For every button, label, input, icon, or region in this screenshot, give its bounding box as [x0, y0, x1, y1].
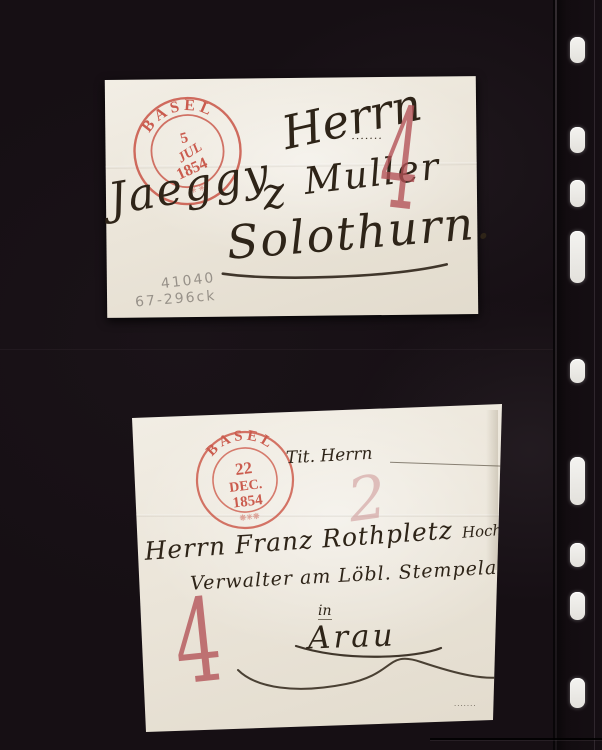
postmark-bottom-day: 22 — [234, 458, 253, 479]
paraph-flourish — [236, 640, 516, 696]
svg-text:BASEL: BASEL — [202, 424, 280, 461]
postmark-bottom-town: BASEL — [202, 424, 280, 461]
binder-hole — [570, 359, 585, 383]
album-page: BASEL 5 JUL 1854 ✳ ✳ Jaeggy Herrn ······… — [0, 0, 602, 750]
binder-hole — [570, 592, 585, 620]
binder-strip — [553, 0, 602, 750]
binder-hole — [570, 457, 585, 505]
paper-fold-edge — [486, 410, 498, 570]
address-preposition: in — [318, 604, 332, 620]
cover-bottom: BASEL 22 DEC. 1854 ❋✳❋ Tit. Herrn 2 Herr… — [128, 402, 508, 732]
tiny-pencil-marks: ······· — [454, 702, 477, 710]
red-crayon-rate-mark: 4 — [168, 573, 227, 711]
page-seam — [430, 738, 602, 740]
binder-hole — [570, 543, 585, 567]
address-line-2: Verwalter am Löbl. Stempelamt — [190, 557, 526, 594]
underline-flourish — [219, 262, 454, 282]
cover-top: BASEL 5 JUL 1854 ✳ ✳ Jaeggy Herrn ······… — [105, 76, 478, 318]
binder-hole — [570, 231, 585, 283]
address-salutation: Herrn — [144, 531, 227, 566]
basel-postmark-bottom: BASEL 22 DEC. 1854 ❋✳❋ — [187, 422, 303, 538]
strip-seam — [594, 0, 595, 750]
salutation-dots: ······· — [351, 133, 383, 144]
binder-hole — [570, 678, 585, 708]
binder-hole — [570, 127, 585, 153]
pencil-note-2: 67-296ck — [135, 288, 217, 310]
binder-hole — [570, 180, 585, 207]
pocket-seam — [0, 349, 553, 350]
postmark-bottom-ornament: ❋✳❋ — [239, 511, 260, 522]
addressee-name: Muller — [302, 147, 442, 199]
docket-tail-stroke — [390, 462, 520, 468]
binder-hole — [570, 37, 585, 63]
strip-seam — [555, 0, 557, 750]
